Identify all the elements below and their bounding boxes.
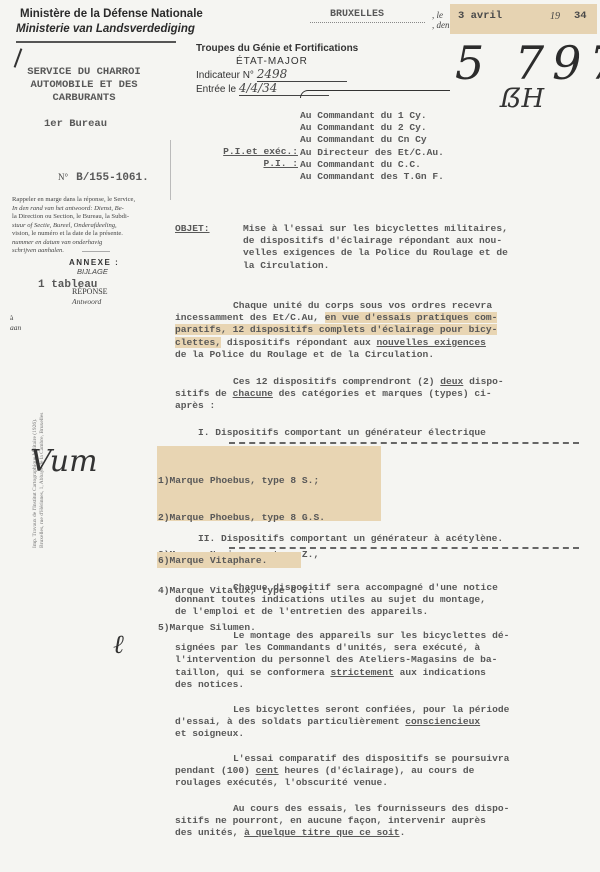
service-line: CARBURANTS — [14, 92, 154, 105]
text-span: sitifs de — [175, 388, 227, 399]
pencil-mark — [170, 140, 171, 200]
text-line: roulages exécutés, l'obscurité venue. — [175, 777, 509, 789]
handwritten-slash-mark — [14, 48, 23, 67]
text-span: dispo- — [469, 376, 504, 387]
year-suffix: 34 — [574, 10, 587, 22]
reference-label: N° — [58, 172, 68, 182]
section-underline — [229, 442, 579, 444]
text-span: incessamment des Et/C.Au, — [175, 312, 319, 323]
text-span: . — [400, 827, 406, 838]
underlined-text: nouvelles exigences — [377, 337, 486, 348]
recipient: Au Commandant du C.C. — [300, 159, 444, 171]
text-line: Les bicyclettes seront confiées, pour la… — [175, 704, 509, 716]
paragraph-delivery: Chaque unité du corps sous vos ordres re… — [175, 300, 497, 361]
underlined-text: cent — [256, 765, 279, 776]
printer-imprint: Imp. Travaux de l'Institut Cartographiqu… — [32, 413, 46, 548]
list-item: 1)Marque Phoebus, type 8 S.; — [158, 475, 325, 487]
text-span: des catégories et marques (types) ci- — [279, 388, 492, 399]
paragraph-notice: Chaque dispositif sera accompagné d'une … — [175, 582, 498, 619]
a-fr: à — [10, 313, 21, 323]
underlined-text: consciencieux — [405, 716, 480, 727]
section-acetylene-heading: II. Dispositifs comportant un générateur… — [198, 533, 503, 545]
paragraph-suppliers: Au cours des essais, les fournisseurs de… — [175, 803, 509, 840]
paragraph-soldiers: Les bicyclettes seront confiées, pour la… — [175, 704, 509, 741]
underlined-text: deux — [440, 376, 463, 387]
handwritten-margin-mark: ℓ — [113, 630, 124, 660]
text-span: des unités, — [175, 827, 238, 838]
text-line: sitifs ne pourront, en aucune façon, int… — [175, 815, 509, 827]
text-line: des notices. — [175, 679, 509, 691]
reference-number: N°B/155-1061. — [58, 172, 149, 184]
underlined-text: à quelque titre que ce soit — [244, 827, 399, 838]
margin-note-line: schrijven aanhalen. — [12, 247, 64, 254]
ministry-name-fr: Ministère de la Défense Nationale — [20, 8, 203, 20]
service-name: SERVICE DU CHARROI AUTOMOBILE ET DES CAR… — [14, 66, 154, 105]
distribution-labels: P.I.et exéc.: P.I. : — [196, 146, 298, 170]
recipient-list: Au Commandant du 1 Cy. Au Commandant du … — [300, 110, 444, 183]
section-electric-heading: I. Dispositifs comportant un générateur … — [198, 427, 486, 439]
annexe-label: ANNEXE : — [69, 258, 119, 267]
text-line: Au cours des essais, les fournisseurs de… — [175, 803, 509, 815]
margin-note-line: la Direction ou Section, le Bureau, la S… — [12, 213, 177, 222]
text-span: d'essai, à des soldats particulièrement — [175, 716, 400, 727]
stamp-unit: Troupes du Génie et Fortifications — [196, 42, 358, 55]
highlighted-text: clettes, — [175, 337, 221, 348]
den-nl: , den — [432, 20, 450, 30]
ministry-name-nl: Ministerie van Landsverdediging — [16, 23, 195, 35]
objet-label: OBJET: — [175, 223, 210, 234]
text-line: l'intervention du personnel des Ateliers… — [175, 654, 509, 666]
objet-line: de dispositifs d'éclairage répondant aux… — [243, 235, 508, 247]
acetylene-device-item: 6)Marque Vitaphare. — [158, 555, 267, 566]
list-item: 2)Marque Phoebus, type 8 G.S. — [158, 512, 325, 524]
document-page: Ministère de la Défense Nationale Minist… — [0, 0, 600, 872]
paragraph-composition: Ces 12 dispositifs comprendront (2) deux… — [175, 376, 504, 413]
text-span: pendant (100) — [175, 765, 250, 776]
margin-note-line: nummer en datum van onderhavig — [12, 239, 102, 246]
year-prefix: 19 — [550, 11, 560, 22]
city-dotted-line — [310, 22, 425, 23]
recipient: Au Commandant des T.Gn F. — [300, 171, 444, 183]
text-line: signées par les Commandants d'unités, se… — [175, 642, 509, 654]
recipient: Au Commandant du 1 Cy. — [300, 110, 444, 122]
underlined-text: strictement — [330, 667, 393, 678]
aan-nl: aan — [10, 323, 21, 332]
handwritten-initials: ẞH — [500, 84, 544, 114]
date-day-month: 3 avril — [458, 10, 502, 22]
text-span: taillon, qui se conformera — [175, 667, 325, 678]
margin-note-line: Rappeler en marge dans la réponse, le Se… — [12, 196, 177, 205]
distribution-label-pi: P.I. : — [263, 158, 298, 169]
reference-value: B/155-1061. — [76, 172, 149, 184]
entree-label: Entrée le — [196, 84, 236, 95]
text-span: dispositifs répondant aux — [227, 337, 371, 348]
handwritten-margin-initials: Vum — [30, 444, 98, 479]
text-span: Ces 12 dispositifs comprendront (2) — [233, 376, 435, 387]
city: BRUXELLES — [330, 9, 384, 20]
section-underline — [229, 547, 579, 549]
bureau-label: 1er Bureau — [44, 118, 107, 130]
bijlage-label: BIJLAGE — [77, 267, 108, 276]
highlighted-text: en vue d'essais pratiques com- — [325, 312, 498, 323]
service-line: AUTOMOBILE ET DES — [14, 79, 154, 92]
indicateur-value: 2498 — [257, 68, 347, 82]
margin-note-line: stuur of Sectie, Bureel, Onderafdeeling, — [12, 222, 117, 229]
letterhead-divider — [16, 41, 176, 43]
margin-note-line: vision, le numéro et la date de la prése… — [12, 230, 177, 239]
paragraph-trial-duration: L'essai comparatif des dispositifs se po… — [175, 753, 509, 790]
text-span: heures (d'éclairage), au cours de — [284, 765, 474, 776]
antwoord-label: Antwoord — [72, 297, 101, 306]
margin-divider — [82, 251, 110, 252]
recipient: Au Directeur des Et/C.Au. — [300, 147, 444, 159]
recipient: Au Commandant du Cn Cy — [300, 134, 444, 146]
handwritten-stroke — [300, 90, 450, 98]
text-line: L'essai comparatif des dispositifs se po… — [175, 753, 509, 765]
indicateur-label: Indicateur N° — [196, 70, 254, 81]
text-line: donnant toutes indications utiles au suj… — [175, 594, 498, 606]
distribution-label-exec: P.I.et exéc.: — [223, 146, 298, 157]
date-preposition: , le , den — [432, 10, 450, 30]
printer-line: Bruxelles, rue d'Hérinnes, 1, Abbaye de … — [39, 413, 46, 548]
text-line: de la Police du Roulage et de la Circula… — [175, 349, 497, 361]
text-span: aux indications — [400, 667, 486, 678]
objet-text: Mise à l'essai sur les bicyclettes milit… — [243, 223, 508, 272]
a-aan-label: à aan — [10, 313, 21, 333]
reception-stamp: Troupes du Génie et Fortifications ÉTAT-… — [196, 42, 358, 96]
objet-line: la Circulation. — [243, 260, 508, 272]
objet-line: Mise à l'essai sur les bicyclettes milit… — [243, 223, 508, 235]
text-line: après : — [175, 400, 504, 412]
text-line: et soigneux. — [175, 728, 509, 740]
printer-line: Imp. Travaux de l'Institut Cartographiqu… — [32, 413, 39, 548]
margin-instructions: Rappeler en marge dans la réponse, le Se… — [12, 196, 177, 256]
le-fr: , le — [432, 10, 450, 20]
highlighted-text: paratifs, 12 dispositifs complets d'écla… — [175, 324, 497, 335]
objet-line: velles exigences de la Police du Roulage… — [243, 247, 508, 259]
margin-note-line: In den rand van het antwoord: Dienst, Be… — [12, 205, 124, 212]
text-line: Chaque unité du corps sous vos ordres re… — [175, 300, 497, 312]
service-line: SERVICE DU CHARROI — [14, 66, 154, 79]
text-line: Chaque dispositif sera accompagné d'une … — [175, 582, 498, 594]
reponse-label: RÉPONSE — [72, 287, 108, 296]
recipient: Au Commandant du 2 Cy. — [300, 122, 444, 134]
text-line: Le montage des appareils sur les bicycle… — [175, 630, 509, 642]
underlined-text: chacune — [233, 388, 273, 399]
stamp-indicateur: Indicateur N° 2498 — [196, 68, 358, 82]
handwritten-registration-number: 5 797 — [455, 36, 600, 90]
paragraph-mounting: Le montage des appareils sur les bicycle… — [175, 630, 509, 691]
text-line: de l'emploi et de l'entretien des appare… — [175, 606, 498, 618]
